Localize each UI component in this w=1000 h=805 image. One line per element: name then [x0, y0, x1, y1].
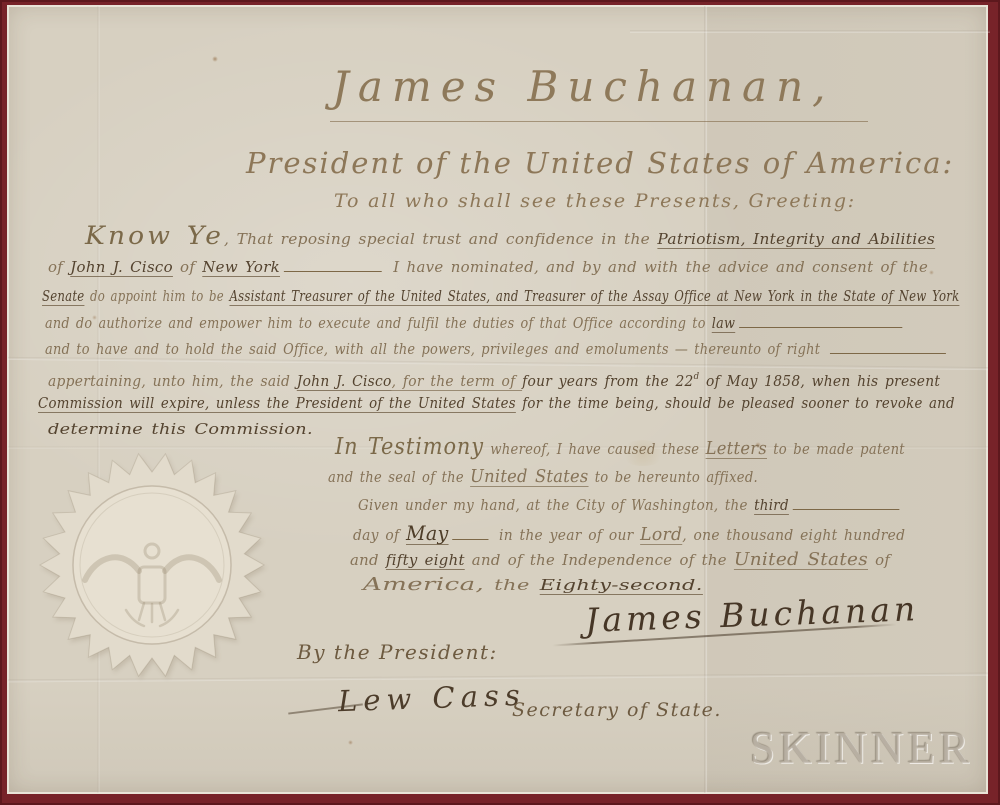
- testimony-line: In Testimony whereof, I have caused thes…: [335, 437, 905, 460]
- body-line: Senate do appoint him to be Assistant Tr…: [42, 287, 959, 307]
- body-line: Know Ye, That reposing special trust and…: [85, 226, 935, 250]
- by-president-label: By the President:: [297, 640, 498, 664]
- secretary-signature: Lew Cass: [337, 678, 526, 719]
- testimony-line: and the seal of the United States to be …: [328, 467, 758, 488]
- foxing-spot: [212, 56, 218, 62]
- framed-document-photo: James Buchanan, President of the United …: [0, 0, 1000, 805]
- testimony-line: Given under my hand, at the City of Wash…: [358, 496, 903, 516]
- skinner-watermark: SKINNER: [750, 722, 973, 774]
- document-salutation: To all who shall see these Presents, Gre…: [334, 190, 856, 212]
- foxing-spot: [348, 740, 353, 745]
- document-subtitle: President of the United States of Americ…: [246, 146, 954, 180]
- body-line: and do authorize and empower him to exec…: [45, 314, 905, 334]
- document-title: James Buchanan,: [330, 62, 868, 122]
- secretary-title: Secretary of State.: [512, 699, 722, 721]
- fold-crease-horizontal: [630, 30, 990, 33]
- testimony-line: day of May in the year of our Lord, one …: [353, 523, 905, 546]
- body-line: and to have and to hold the said Office,…: [45, 340, 950, 360]
- testimony-line: America, the Eighty-second.: [363, 575, 703, 596]
- body-line: Commission will expire, unless the Presi…: [38, 394, 955, 414]
- body-line: of John J. Cisco of New York I have nomi…: [48, 258, 928, 278]
- body-line: determine this Commission.: [48, 420, 313, 440]
- body-line: appertaining, unto him, the said John J.…: [48, 367, 940, 392]
- foxing-spot: [929, 270, 934, 275]
- embossed-paper-seal: [38, 450, 266, 678]
- testimony-line: and fifty eight and of the Independence …: [350, 550, 890, 571]
